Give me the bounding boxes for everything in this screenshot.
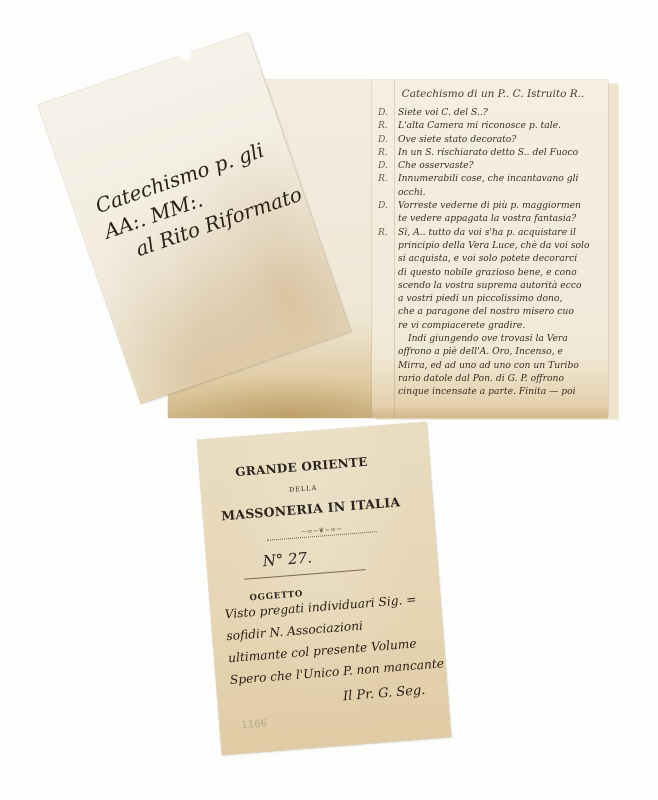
catechism-line: te vedere appagata la vostra fantasia?: [376, 212, 600, 225]
catechism-line: offrono a piè dell'A. Oro, Incenso, e: [376, 345, 600, 358]
booklet-right-page: Catechismo di un P.. C. Istruito R.. D.S…: [372, 80, 608, 418]
catechism-line: Indi giungendo ove trovasi la Vera: [376, 332, 600, 345]
line-text: offrono a piè dell'A. Oro, Incenso, e: [398, 345, 600, 358]
line-text: si acquista, e voi solo potete decorarci: [398, 252, 600, 265]
number-underline: [244, 569, 366, 580]
line-text: cinque incensate a parte. Finita — poi: [398, 385, 600, 398]
catechism-line: principio della Vera Luce, chè da voi so…: [376, 239, 600, 252]
catechism-lines: D.Siete voi C. del S..?R.L'alta Camera m…: [376, 106, 600, 399]
line-text: di questo nobile grazioso bene, e cono: [398, 266, 600, 279]
catechism-line: R.In un S. rischiarato detto S.. del Fuo…: [376, 146, 600, 159]
line-text: Che osservaste?: [398, 159, 600, 172]
line-text: L'alta Camera mi riconosce p. tale.: [398, 119, 600, 132]
catechism-line: di questo nobile grazioso bene, e cono: [376, 266, 600, 279]
line-text: occhi.: [398, 186, 600, 199]
catechism-line: R.Innumerabili cose, che incantavano gli: [376, 172, 600, 185]
catechism-line: D.Siete voi C. del S..?: [376, 106, 600, 119]
signature: Il Pr. G. Seg.: [343, 683, 426, 704]
ornament-divider: ~∞~❦~∞~: [266, 521, 377, 541]
line-text: Vorreste vederne di più p. maggiormen: [398, 199, 600, 212]
line-text: In un S. rischiarato detto S.. del Fuoco: [398, 146, 600, 159]
catechism-line: D.Vorreste vederne di più p. maggiormen: [376, 199, 600, 212]
handwritten-body: Visto pregati individuari Sig. = sofidir…: [224, 587, 440, 691]
line-text: te vedere appagata la vostra fantasia?: [398, 212, 600, 225]
letter-header-grande-oriente: GRANDE ORIENTE: [199, 452, 403, 482]
booklet-heading: Catechismo di un P.. C. Istruito R..: [386, 88, 600, 100]
catechism-line: si acquista, e voi solo potete decorarci: [376, 252, 600, 265]
line-text: Ove siete stato decorato?: [398, 133, 600, 146]
catechism-line: a vostri piedi un piccolissimo dono,: [376, 292, 600, 305]
torn-notch: [179, 50, 193, 61]
catechism-line: occhi.: [376, 186, 600, 199]
margin-line: [394, 80, 395, 418]
catechism-line: Mirra, ed ad uno ad uno con un Turibo: [376, 359, 600, 372]
catechism-line: R.Sì, A.. tutto da voi s'ha p. acquistar…: [376, 226, 600, 239]
pencil-note: 1166: [241, 718, 267, 731]
line-text: scendo la vostra suprema autorità ecco: [398, 279, 600, 292]
line-text: che a paragone del nostro misero cuo: [398, 305, 600, 318]
line-text: a vostri piedi un piccolissimo dono,: [398, 292, 600, 305]
catechism-line: D.Ove siete stato decorato?: [376, 133, 600, 146]
catechism-line: scendo la vostra suprema autorità ecco: [376, 279, 600, 292]
line-text: Indi giungendo ove trovasi la Vera: [398, 332, 600, 345]
catechism-line: che a paragone del nostro misero cuo: [376, 305, 600, 318]
line-text: rario datole dal Pon. di G. P. offrono: [398, 372, 600, 385]
catechism-line: R.L'alta Camera mi riconosce p. tale.: [376, 119, 600, 132]
grande-oriente-letter: GRANDE ORIENTE DELLA MASSONERIA IN ITALI…: [197, 422, 451, 755]
line-text: re vi compiacerete gradire.: [398, 319, 600, 332]
line-text: Mirra, ed ad uno ad uno con un Turibo: [398, 359, 600, 372]
cover-title: Catechismo p. gli AA:. MM:. al Rito Rifo…: [92, 129, 307, 271]
line-text: Innumerabili cose, che incantavano gli: [398, 172, 600, 185]
line-text: Sì, A.. tutto da voi s'ha p. acquistare …: [398, 226, 600, 239]
catechism-line: rario datole dal Pon. di G. P. offrono: [376, 372, 600, 385]
catechism-line: D.Che osservaste?: [376, 159, 600, 172]
catechism-line: cinque incensate a parte. Finita — poi: [376, 385, 600, 398]
line-text: principio della Vera Luce, chè da voi so…: [398, 239, 600, 252]
line-text: Siete voi C. del S..?: [398, 106, 600, 119]
catechism-line: re vi compiacerete gradire.: [376, 319, 600, 332]
letter-number: N° 27.: [262, 548, 313, 570]
